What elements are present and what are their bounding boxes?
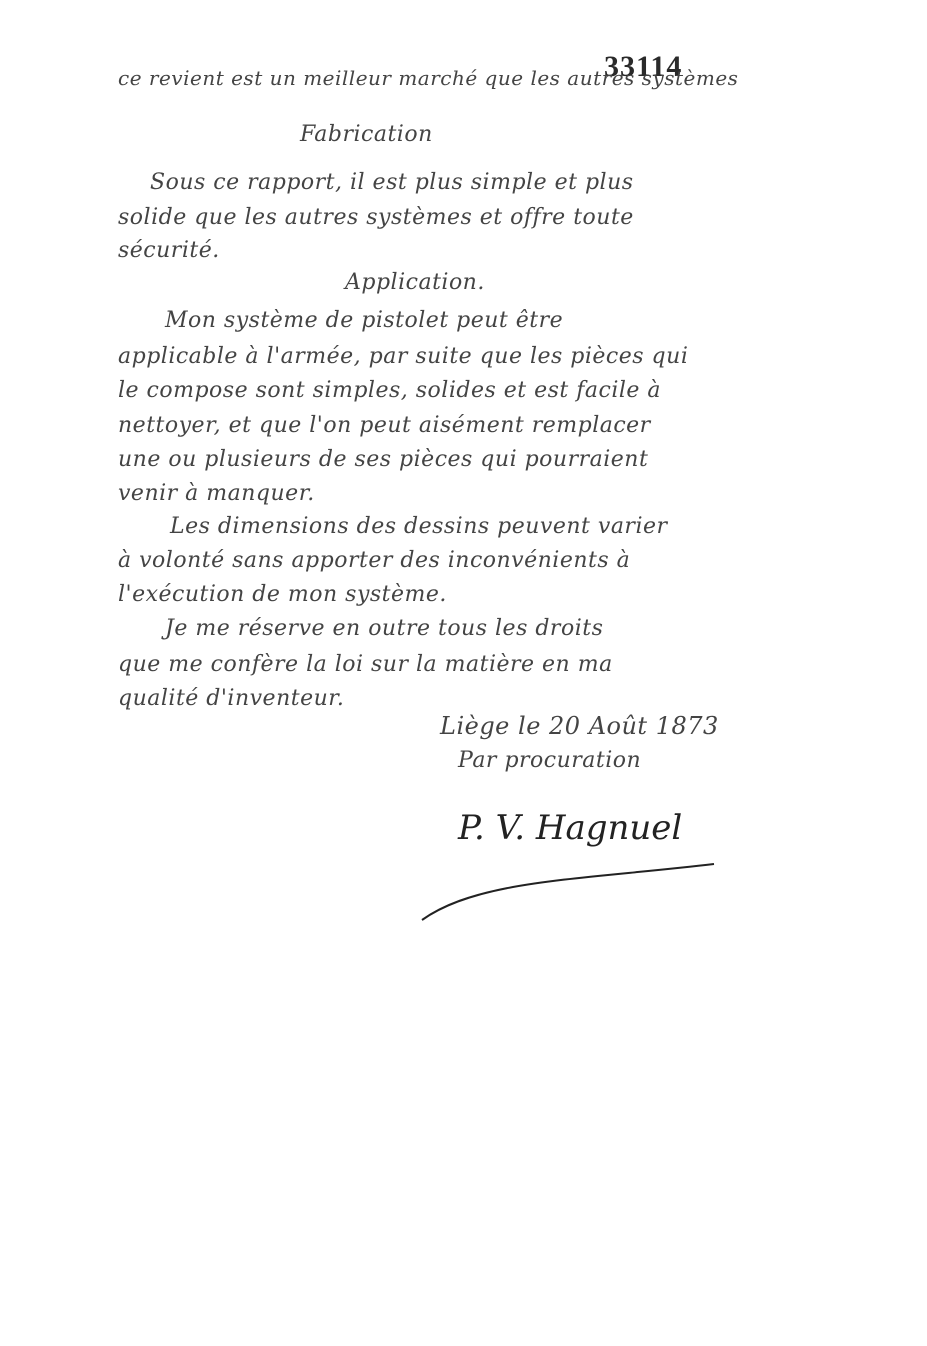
- text-line: le compose sont simples, solides et est …: [118, 378, 661, 403]
- text-line: sécurité.: [118, 238, 220, 263]
- section-heading-fabrication: Fabrication: [300, 122, 433, 147]
- text-line: applicable à l'armée, par suite que les …: [118, 344, 688, 369]
- text-line: venir à manquer.: [118, 481, 315, 506]
- text-line: ce revient est un meilleur marché que le…: [118, 66, 738, 90]
- text-line: à volonté sans apporter des inconvénient…: [118, 548, 630, 573]
- text-line: l'exécution de mon système.: [118, 582, 447, 607]
- section-heading-application: Application.: [345, 270, 485, 295]
- text-line: Les dimensions des dessins peuvent varie…: [170, 514, 668, 539]
- signature-flourish: [418, 860, 718, 930]
- by-proxy: Par procuration: [458, 748, 641, 773]
- signature: P. V. Hagnuel: [458, 808, 682, 848]
- text-line: qualité d'inventeur.: [118, 686, 344, 711]
- text-line: solide que les autres systèmes et offre …: [118, 205, 634, 230]
- text-line: Sous ce rapport, il est plus simple et p…: [150, 170, 634, 195]
- text-line: que me confère la loi sur la matière en …: [118, 652, 613, 677]
- place-date: Liège le 20 Août 1873: [440, 712, 719, 740]
- text-line: nettoyer, et que l'on peut aisément remp…: [118, 413, 651, 438]
- text-line: Mon système de pistolet peut être: [165, 308, 563, 333]
- document-page: 33114 ce revient est un meilleur marché …: [0, 0, 927, 1346]
- text-line: une ou plusieurs de ses pièces qui pourr…: [118, 447, 648, 472]
- text-line: Je me réserve en outre tous les droits: [165, 616, 603, 641]
